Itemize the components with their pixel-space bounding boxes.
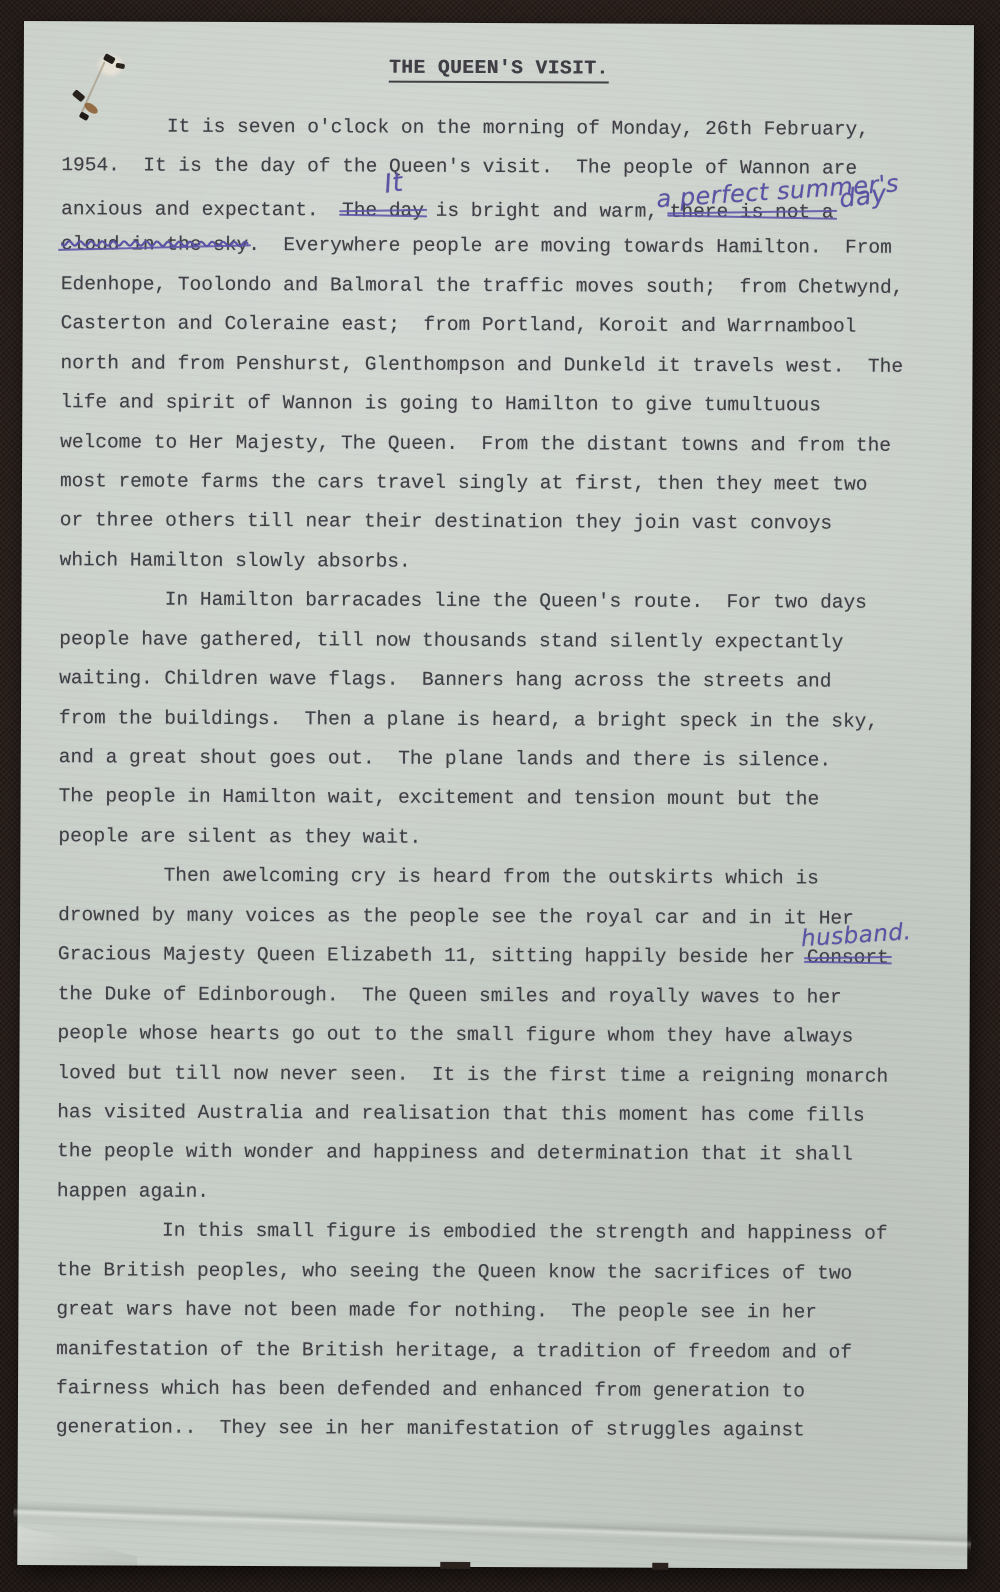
typed-line: It is seven o'clock on the morning of Mo… xyxy=(61,107,953,150)
typed-line: In Hamilton barracades line the Queen's … xyxy=(59,580,951,623)
typed-text: Casterton and Coleraine east; from Portl… xyxy=(61,312,857,337)
typed-text: . Everywhere people are moving towards H… xyxy=(248,234,892,259)
typed-line: loved but till now never seen. It is the… xyxy=(57,1054,949,1097)
handwritten-insertion: It xyxy=(383,169,405,197)
typed-text: from the buildings. Then a plane is hear… xyxy=(59,707,878,733)
typed-line: or three others till near their destinat… xyxy=(60,502,952,545)
typed-text: Gracious Majesty Queen Elizabeth 11, sit… xyxy=(58,943,807,968)
corner-fold xyxy=(17,1505,137,1566)
typed-line: fairness which has been defended and enh… xyxy=(56,1369,948,1412)
paper-crease xyxy=(13,1487,972,1566)
paper-sheet: THE QUEEN'S VISIT. It is seven o'clock o… xyxy=(17,21,974,1569)
struck-through-text: there is not aa perfect summer's xyxy=(670,193,834,233)
typed-text: Edenhope, Toolondo and Balmoral the traf… xyxy=(61,273,904,299)
typed-text: Then awelcoming cry is heard from the ou… xyxy=(58,864,819,889)
typed-line: which Hamilton slowly absorbs. xyxy=(60,541,952,584)
scan-background: { "scan": { "background_color": "#2b211d… xyxy=(0,0,1000,1592)
typed-text: manifestation of the British heritage, a… xyxy=(56,1338,852,1363)
typed-line: the Duke of Edinborough. The Queen smile… xyxy=(58,975,950,1018)
typed-line: waiting. Children wave flags. Banners ha… xyxy=(59,659,951,702)
typed-text: great wars have not been made for nothin… xyxy=(56,1298,817,1323)
typed-line: from the buildings. Then a plane is hear… xyxy=(59,699,951,742)
typed-text: anxious and expectant. xyxy=(61,198,342,221)
staple-speck xyxy=(72,89,86,102)
typed-text: fairness which has been defended and enh… xyxy=(56,1377,805,1402)
struck-through-text: The dayIt xyxy=(342,191,424,231)
typed-text: waiting. Children wave flags. Banners ha… xyxy=(59,667,831,692)
typed-text: the Duke of Edinborough. The Queen smile… xyxy=(58,983,842,1008)
typed-line: Casterton and Coleraine east; from Portl… xyxy=(61,304,953,347)
typed-text: people are silent as they wait. xyxy=(58,825,421,849)
typed-text: It is seven o'clock on the morning of Mo… xyxy=(61,115,869,141)
typed-line: people have gathered, till now thousands… xyxy=(59,620,951,663)
typed-line: has visited Australia and realisation th… xyxy=(57,1093,949,1136)
typed-line: the British peoples, who seeing the Quee… xyxy=(56,1251,948,1294)
typed-line: happen again. xyxy=(57,1172,949,1215)
typed-text: people have gathered, till now thousands… xyxy=(59,628,843,653)
typed-line: generation.. They see in her manifestati… xyxy=(56,1409,948,1452)
typed-text: has visited Australia and realisation th… xyxy=(57,1101,865,1127)
typed-text: In this small figure is embodied the str… xyxy=(57,1219,888,1245)
typed-text: the people with wonder and happiness and… xyxy=(57,1141,853,1166)
typed-line: Edenhope, Toolondo and Balmoral the traf… xyxy=(61,265,953,308)
typed-text: people whose hearts go out to the small … xyxy=(58,1022,854,1047)
typed-text: which Hamilton slowly absorbs. xyxy=(60,549,411,573)
struck-through-text: Consorthusband. xyxy=(807,939,889,979)
typed-text: happen again. xyxy=(57,1180,209,1203)
typed-line: life and spirit of Wannon is going to Ha… xyxy=(60,383,952,426)
typed-line: In this small figure is embodied the str… xyxy=(57,1211,949,1254)
typed-text: north and from Penshurst, Glenthompson a… xyxy=(60,352,903,378)
typed-text: welcome to Her Majesty, The Queen. From … xyxy=(60,431,891,457)
typed-line: north and from Penshurst, Glenthompson a… xyxy=(60,344,952,387)
typed-text: In Hamilton barracades line the Queen's … xyxy=(59,588,867,614)
typed-line: the people with wonder and happiness and… xyxy=(57,1133,949,1176)
typed-text: drowned by many voices as the people see… xyxy=(58,904,854,929)
typed-line: people are silent as they wait. xyxy=(58,817,950,860)
document-title-text: THE QUEEN'S VISIT. xyxy=(389,57,609,84)
paper-notch xyxy=(652,1563,668,1570)
typed-line: great wars have not been made for nothin… xyxy=(56,1290,948,1333)
typed-line: The people in Hamilton wait, excitement … xyxy=(59,778,951,821)
paper-notch xyxy=(440,1562,470,1569)
typed-line: Gracious Majesty Queen Elizabeth 11, sit… xyxy=(58,935,950,978)
typed-line: manifestation of the British heritage, a… xyxy=(56,1330,948,1373)
typed-line: Then awelcoming cry is heard from the ou… xyxy=(58,856,950,899)
typed-text: or three others till near their destinat… xyxy=(60,510,832,535)
typed-text: life and spirit of Wannon is going to Ha… xyxy=(60,391,821,416)
typed-line: people whose hearts go out to the small … xyxy=(57,1014,949,1057)
typed-text: 1954. It is the day of the Queen's visit… xyxy=(61,155,857,180)
typed-text: generation.. They see in her manifestati… xyxy=(56,1417,805,1442)
typed-text: is bright and warm, xyxy=(424,200,670,223)
document-title: THE QUEEN'S VISIT. xyxy=(24,55,974,81)
typed-line: anxious and expectant. The dayIt is brig… xyxy=(61,186,953,229)
typed-text: the British peoples, who seeing the Quee… xyxy=(57,1259,853,1284)
typed-line: most remote farms the cars travel singly… xyxy=(60,462,952,505)
typed-text: The people in Hamilton wait, excitement … xyxy=(59,786,820,811)
typed-text-body: It is seven o'clock on the morning of Mo… xyxy=(56,107,954,1452)
typed-text: and a great shout goes out. The plane la… xyxy=(59,746,831,771)
struck-through-text: cloud in the sky xyxy=(61,225,248,265)
typed-line: and a great shout goes out. The plane la… xyxy=(59,738,951,781)
handwritten-insertion: husband. xyxy=(800,921,912,951)
typed-text: most remote farms the cars travel singly… xyxy=(60,470,868,496)
typed-text: loved but till now never seen. It is the… xyxy=(57,1062,888,1088)
typed-line: welcome to Her Majesty, The Queen. From … xyxy=(60,423,952,466)
